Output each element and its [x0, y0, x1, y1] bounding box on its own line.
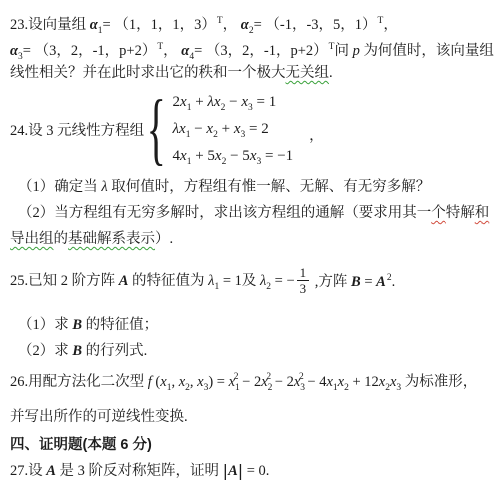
- problem-26-line-2: 并写出所作的可逆线性变换.: [10, 404, 498, 430]
- problem-27-line: 27.设 A 是 3 阶反对称矩阵，证明 |A| = 0.: [10, 458, 498, 484]
- equation-group: 2x1 + λx2 − x3 = 1 λx1 − x2 + x3 = 2 4x1…: [173, 89, 294, 170]
- equation-3: 4x1 + 5x2 − 5x3 = −1: [173, 143, 294, 170]
- equation-1: 2x1 + λx2 − x3 = 1: [173, 89, 294, 116]
- problem-23-line-3: 线性相关？并在此时求出它的秩和一个极大无关组.: [10, 60, 498, 86]
- problem-23-line-1: 23.设向量组 α1= （1，1，1，3）T， α2= （-1，-3，5，1）T…: [10, 8, 498, 34]
- problem-25-question-2: （2）求 B 的行列式.: [10, 338, 498, 364]
- fraction-numerator: 1: [297, 265, 310, 280]
- problem-25-text-pre: 25.已知 2 阶方阵 A 的特征值为 λ1 = 1及 λ2 = −: [10, 269, 295, 292]
- problem-24-system: 24.设 3 元线性方程组 { 2x1 + λx2 − x3 = 1 λx1 −…: [10, 89, 498, 170]
- section-4-heading: 四、证明题(本题 6 分): [10, 432, 498, 458]
- problem-26-line-1: 26.用配方法化二次型 f (x1, x2, x3) = x12 − 2x22 …: [10, 364, 498, 390]
- problem-25-text-post: ,方阵 B = A2.: [311, 270, 395, 291]
- problem-24-question-1: （1）确定当 λ 取何值时，方程组有惟一解、无解、有无穷多解？: [10, 174, 498, 200]
- problem-25-question-1: （1）求 B 的特征值；: [10, 312, 498, 338]
- system-left-brace: {: [147, 89, 166, 170]
- problem-25-line: 25.已知 2 阶方阵 A 的特征值为 λ1 = 1及 λ2 = − 1 3 ,…: [10, 256, 498, 304]
- system-trailing-comma: ，: [309, 124, 324, 145]
- fraction-one-third: 1 3: [297, 265, 310, 296]
- problem-24-question-2-cont: 导出组的基础解系表示）.: [10, 226, 498, 252]
- document-page: 23.设向量组 α1= （1，1，1，3）T， α2= （-1，-3，5，1）T…: [0, 0, 502, 489]
- fraction-denominator: 3: [297, 280, 310, 296]
- problem-23-line-2: α3= （3，2，-1，p+2）T， α4= （3，2，-1，p+2）T问 p …: [10, 34, 498, 60]
- problem-24-question-2: （2）当方程组有无穷多解时，求出该方程组的通解（要求用其一个特解和: [10, 200, 498, 226]
- equation-2: λx1 − x2 + x3 = 2: [173, 116, 294, 143]
- problem-24-label: 24.设 3 元线性方程组: [10, 119, 144, 140]
